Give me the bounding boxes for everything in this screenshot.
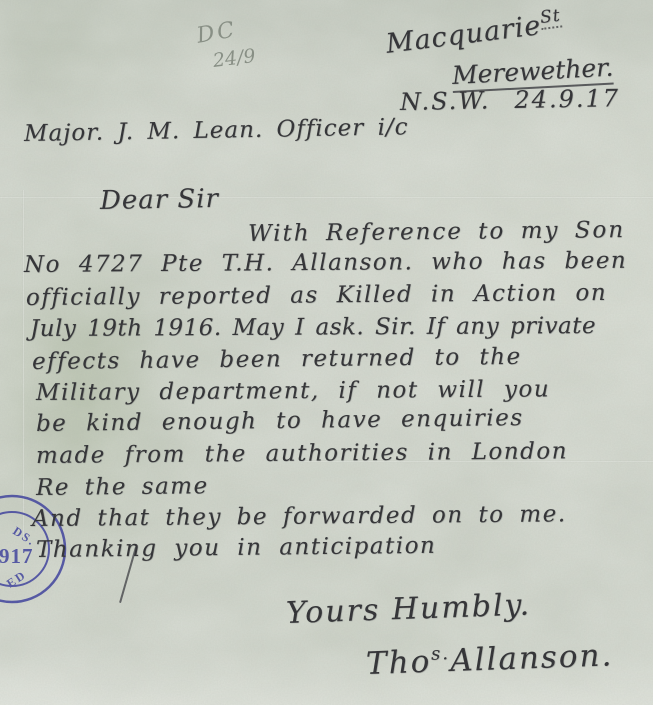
body-line: be kind enough to have enquiries xyxy=(36,405,524,437)
body-line: effects have been returned to the xyxy=(32,344,522,375)
letter-page: DS. 917 ED DC 24/9 MacquarieSt Merewethe… xyxy=(0,0,653,705)
stamp-arc-bottom-text: ED xyxy=(4,568,29,591)
signature-prefix: Tho xyxy=(365,644,432,682)
fold-crease-horizontal-top xyxy=(0,196,653,199)
body-line: made from the authorities in London xyxy=(36,438,568,469)
body-line: July 19th 1916. May I ask. Sir. If any p… xyxy=(30,313,596,342)
body-line: And that they be forwarded on to me. xyxy=(32,501,567,532)
recipient-line: Major. J. M. Lean. Officer i/c xyxy=(24,114,409,147)
address-street-line: MacquarieSt xyxy=(384,6,563,60)
pencil-note-date: 24/9 xyxy=(212,45,257,72)
signature-superscript: s. xyxy=(431,643,451,665)
address-state-date-line: N.S.W.24.9.17 xyxy=(400,84,620,116)
signature-line: Thos.Allanson. xyxy=(365,637,613,682)
letter-date: 24.9.17 xyxy=(514,84,620,114)
salutation-line: Dear Sir xyxy=(100,184,219,216)
body-line: Military department, if not will you xyxy=(36,376,550,406)
fold-crease-vertical xyxy=(22,190,25,540)
address-street: Macquarie xyxy=(384,10,543,60)
address-state: N.S.W. xyxy=(400,86,491,116)
closing-line: Yours Humbly. xyxy=(285,587,531,631)
body-line: With Reference to my Son xyxy=(248,217,625,247)
body-line: Re the same xyxy=(36,473,209,501)
address-street-suffix: St xyxy=(539,6,562,30)
pencil-note-code: DC xyxy=(195,17,239,49)
body-line: Thanking you in anticipation xyxy=(36,533,437,563)
signature-surname: Allanson. xyxy=(450,637,614,679)
body-line: No 4727 Pte T.H. Allanson. who has been xyxy=(24,248,627,278)
body-line: officially reported as Killed in Action … xyxy=(26,280,607,311)
stamp-number: 917 xyxy=(0,544,34,568)
